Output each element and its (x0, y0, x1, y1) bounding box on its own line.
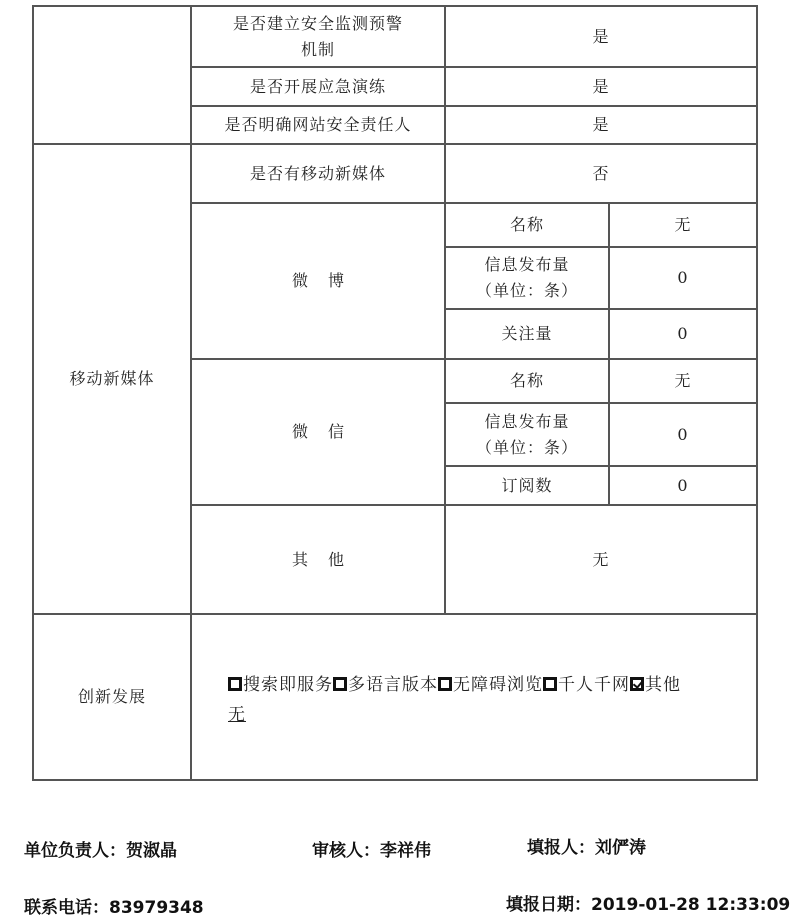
other-media-label: 其他 (192, 506, 444, 613)
weixin-name-label: 名称 (446, 360, 608, 402)
checkbox-unchecked-icon[interactable] (543, 677, 557, 691)
contact-phone: 联系电话：83979348 (24, 893, 204, 918)
monitoring-warning-label: 是否建立安全监测预警 机制 (192, 7, 444, 66)
has-mobile-media-value: 否 (446, 145, 756, 202)
fill-date: 填报日期：2019-01-28 12:33:09 (506, 890, 790, 915)
other-innovation-text: 无 (228, 705, 246, 725)
filler: 填报人：刘俨涛 (527, 833, 646, 858)
option-multi-language[interactable]: 多语言版本 (333, 675, 438, 695)
has-mobile-media-label: 是否有移动新媒体 (192, 145, 444, 202)
weixin-posts-value: 0 (610, 404, 756, 465)
option-label: 千人千网 (558, 675, 630, 695)
option-label: 多语言版本 (348, 675, 438, 695)
innovation-options: 搜索即服务多语言版本无障碍浏览千人千网其他 无 (228, 670, 758, 730)
option-label: 无障碍浏览 (453, 675, 543, 695)
weixin-label: 微信 (192, 360, 444, 504)
option-label: 其他 (645, 675, 681, 695)
option-personalized[interactable]: 千人千网 (543, 675, 630, 695)
emergency-drill-value: 是 (446, 68, 756, 105)
weixin-subscribers-label: 订阅数 (446, 467, 608, 504)
emergency-drill-label: 是否开展应急演练 (192, 68, 444, 105)
innovation-section-label: 创新发展 (34, 615, 190, 779)
weibo-name-value: 无 (610, 204, 756, 246)
weixin-posts-label: 信息发布量 （单位：条） (446, 404, 608, 465)
checkbox-unchecked-icon[interactable] (333, 677, 347, 691)
unit-head: 单位负责人：贺淑晶 (24, 836, 177, 861)
weixin-name-value: 无 (610, 360, 756, 402)
report-table: 是否建立安全监测预警 机制 是 是否开展应急演练 是 是否明确网站安全责任人 是… (32, 5, 758, 781)
checkbox-unchecked-icon[interactable] (228, 677, 242, 691)
label-line: 信息发布量 (484, 409, 569, 435)
security-owner-value: 是 (446, 107, 756, 143)
option-other[interactable]: 其他 (630, 675, 681, 695)
weibo-followers-value: 0 (610, 310, 756, 358)
weibo-label: 微博 (192, 204, 444, 358)
monitoring-warning-value: 是 (446, 7, 756, 66)
checkbox-unchecked-icon[interactable] (438, 677, 452, 691)
label-line: （单位：条） (476, 435, 578, 461)
option-accessibility[interactable]: 无障碍浏览 (438, 675, 543, 695)
reviewer: 审核人：李祥伟 (312, 836, 431, 861)
security-owner-label: 是否明确网站安全责任人 (192, 107, 444, 143)
weibo-posts-value: 0 (610, 248, 756, 308)
option-label: 搜索即服务 (243, 675, 333, 695)
weibo-posts-label: 信息发布量 （单位：条） (446, 248, 608, 308)
weibo-followers-label: 关注量 (446, 310, 608, 358)
label-line: 信息发布量 (484, 252, 569, 278)
weibo-name-label: 名称 (446, 204, 608, 246)
option-search-as-service[interactable]: 搜索即服务 (228, 675, 333, 695)
weixin-subscribers-value: 0 (610, 467, 756, 504)
checkbox-checked-icon[interactable] (630, 677, 644, 691)
label-line: 机制 (301, 37, 335, 63)
other-media-value: 无 (446, 506, 756, 613)
label-line: （单位：条） (476, 278, 578, 304)
mobile-media-section-label: 移动新媒体 (34, 145, 190, 613)
label-line: 是否建立安全监测预警 (233, 11, 403, 37)
